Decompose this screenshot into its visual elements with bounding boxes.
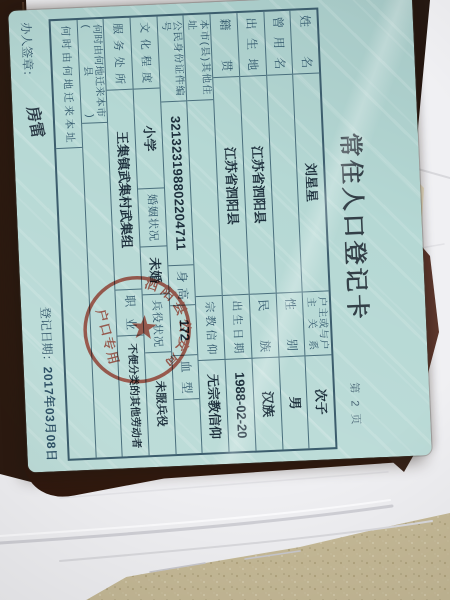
field-label: 出生日期 (223, 295, 251, 360)
field-value: 汉族 (252, 358, 282, 451)
register-date-label: 登记日期： (37, 306, 57, 367)
field-label: 文化程度 (131, 17, 160, 90)
field-label: 本市(县)其他住址 (184, 14, 213, 101)
field-value: 次子 (306, 355, 336, 448)
page-number: 第 2 页 (347, 382, 365, 427)
photo-scene: { "document": { "title": "常住人口登记卡", "pag… (0, 0, 450, 600)
field-label: 服务处所 (104, 18, 133, 91)
field-label: 姓名 (291, 10, 319, 75)
field-label: 户主或与户主关系 (303, 291, 331, 356)
registration-table: 姓名刘星星户主或与户主关系次子曾用名性别男出生地江苏省泗阳县民族汉族籍贯江苏省泗… (49, 7, 338, 460)
field-label: 何时由何地迁来本市(县) (77, 19, 107, 124)
footer-spacer (47, 138, 54, 307)
field-label: 民族 (250, 294, 278, 359)
stamp-star-icon (131, 313, 160, 343)
field-value (174, 399, 202, 454)
field-value: 男 (279, 356, 309, 449)
field-label: 性别 (276, 292, 304, 357)
field-label: 婚姻状况 (138, 188, 166, 247)
field-value: 1988-02-20 (226, 359, 256, 452)
stamp-center-text: 户口专用 (93, 307, 122, 367)
handler-signature-handwriting: 房雷 (22, 104, 50, 140)
field-label: 籍贯 (211, 13, 239, 78)
registration-card: 常住人口登记卡 第 2 页 姓名刘星星户主或与户主关系次子曾用名性别男出生地江苏… (8, 0, 432, 473)
field-label: 出生地 (237, 12, 265, 77)
register-date-value: 2017年03月08日 (40, 366, 61, 462)
field-value: 小学 (134, 89, 164, 190)
handler-signature-label: 办人签章： (18, 22, 38, 83)
field-label: 公民身份证件编号 (157, 15, 186, 102)
field-value: 无宗教信仰 (199, 360, 229, 453)
field-label: 曾用名 (264, 11, 292, 76)
